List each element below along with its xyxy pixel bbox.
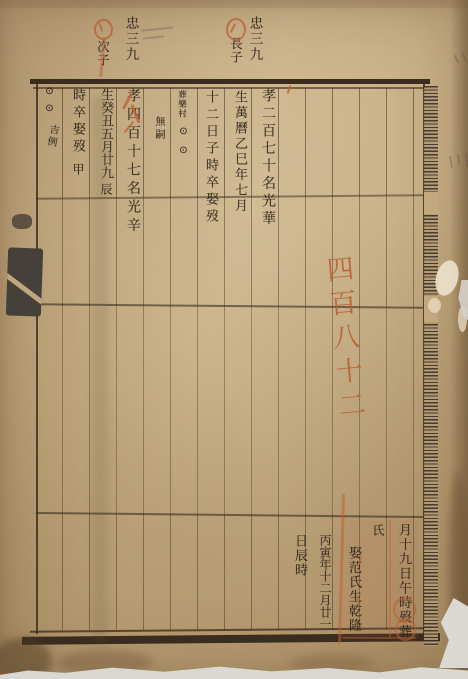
entry2-death-note: 甲 (72, 163, 84, 175)
hatch-gap-1 (424, 192, 438, 214)
scan-background-right-corner (436, 598, 468, 668)
header-left-name: 忠三九 (123, 16, 137, 63)
top-edge-crease (0, 0, 468, 8)
table-left-border (36, 82, 38, 634)
entry1-burial-note: 葬樂村 (177, 90, 186, 119)
red-circle-mark-right (226, 18, 246, 41)
table-top-rule (33, 87, 427, 89)
entry2-side-marks: ⊙⊙ (44, 86, 54, 120)
red-squiggle (99, 23, 104, 32)
white-scuff-2 (428, 298, 441, 313)
footer-date-column: 丙寅年十二月廿一 (319, 534, 331, 630)
entry1-death-column: 十二日子時卒娶歿 (204, 90, 217, 226)
entry2-death-column: 時卒娶歿 (71, 88, 84, 156)
paper-stain-streak (92, 95, 108, 645)
entry1-heir-note: 無嗣 (153, 116, 163, 142)
header-right-name: 忠三九 (247, 16, 261, 63)
red-scribble-mark (118, 90, 148, 138)
genealogy-page-scan: 忠三九 長子 忠三九 次子 孝二百七十名光華 生萬曆乙巳年七月 十二日子時卒娶歿… (0, 0, 468, 679)
red-squiggle (230, 23, 236, 33)
header-right-relation: 長子 (229, 37, 242, 64)
entry1-title-column: 孝二百七十名光華 (261, 88, 275, 228)
red-circle-mark-footer-2 (395, 618, 416, 641)
faint-ink-smudge (141, 26, 174, 45)
red-vertical-rule-2 (389, 520, 391, 638)
ink-blotch-small (12, 214, 32, 229)
table-top-border (30, 79, 430, 84)
footer-hour-column: 日辰時 (293, 534, 306, 578)
footer-clan-char: 氏 (372, 524, 384, 536)
ink-blotch-large (6, 247, 43, 316)
page-edge-hatch-strip (424, 86, 438, 646)
footer-marriage-column: 娶范氏生乾隆 (347, 546, 360, 633)
entry1-birth-column: 生萬曆乙巳年七月 (233, 90, 246, 214)
blotch-slash (6, 273, 43, 308)
entry1-burial-marks: ⊙⊙ (178, 126, 188, 164)
